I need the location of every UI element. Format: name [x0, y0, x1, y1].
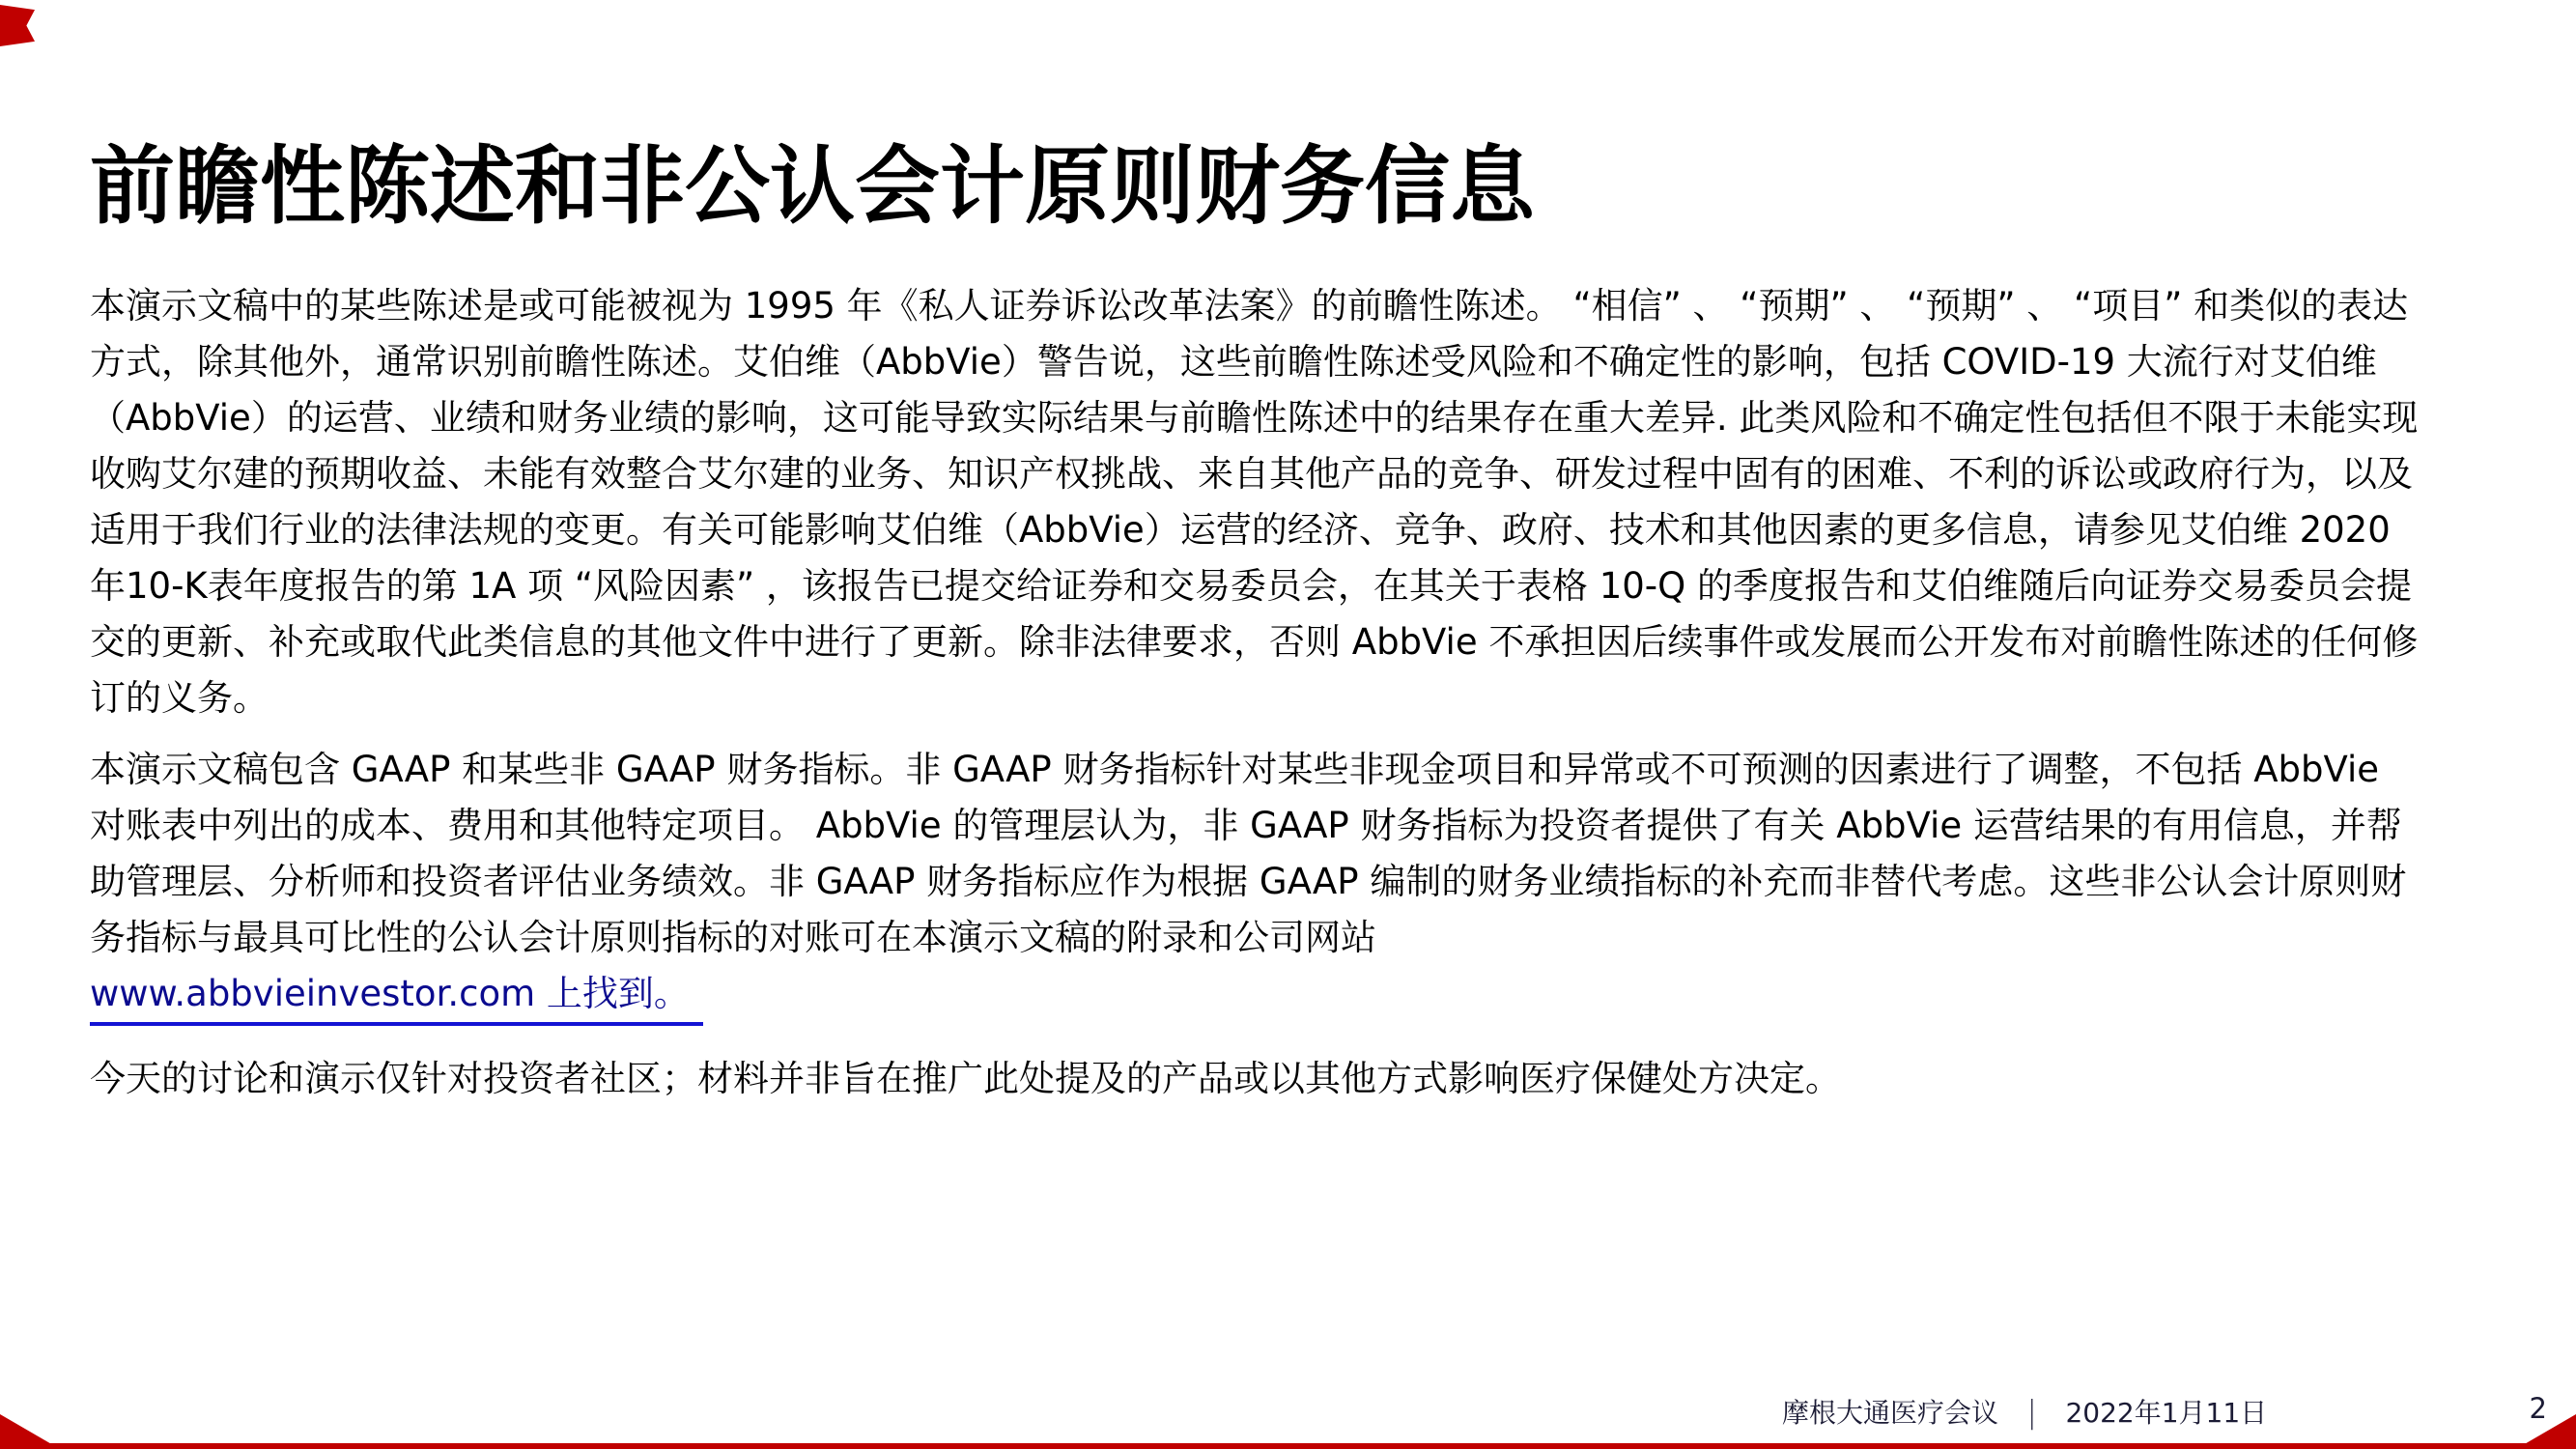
page-number: 2 [2530, 1392, 2547, 1425]
website-link[interactable]: www.abbvieinvestor.com 上找到。 [90, 966, 703, 1026]
footer-event-name: 摩根大通医疗会议 [1782, 1392, 1998, 1431]
paragraph-disclaimer: 今天的讨论和演示仅针对投资者社区；材料并非旨在推广此处提及的产品或以其他方式影响… [90, 1051, 2422, 1107]
paragraph-forward-looking: 本演示文稿中的某些陈述是或可能被视为 1995 年《私人证券诉讼改革法案》的前瞻… [90, 278, 2422, 726]
slide: 前瞻性陈述和非公认会计原则财务信息 本演示文稿中的某些陈述是或可能被视为 199… [0, 0, 2576, 1449]
footer-date: 2022年1月11日 [2065, 1392, 2267, 1431]
footer-separator: | [2027, 1393, 2036, 1430]
paragraph-non-gaap: 本演示文稿包含 GAAP 和某些非 GAAP 财务指标。非 GAAP 财务指标针… [90, 742, 2422, 1026]
red-bottom-border [0, 1443, 2576, 1449]
body-text-block: 本演示文稿中的某些陈述是或可能被视为 1995 年《私人证券诉讼改革法案》的前瞻… [90, 278, 2422, 1107]
red-corner-mark-top-left [0, 5, 35, 46]
footer: 摩根大通医疗会议 | 2022年1月11日 [1782, 1392, 2267, 1431]
paragraph-non-gaap-text: 本演示文稿包含 GAAP 和某些非 GAAP 财务指标。非 GAAP 财务指标针… [90, 749, 2406, 958]
page-title: 前瞻性陈述和非公认会计原则财务信息 [90, 142, 1535, 231]
